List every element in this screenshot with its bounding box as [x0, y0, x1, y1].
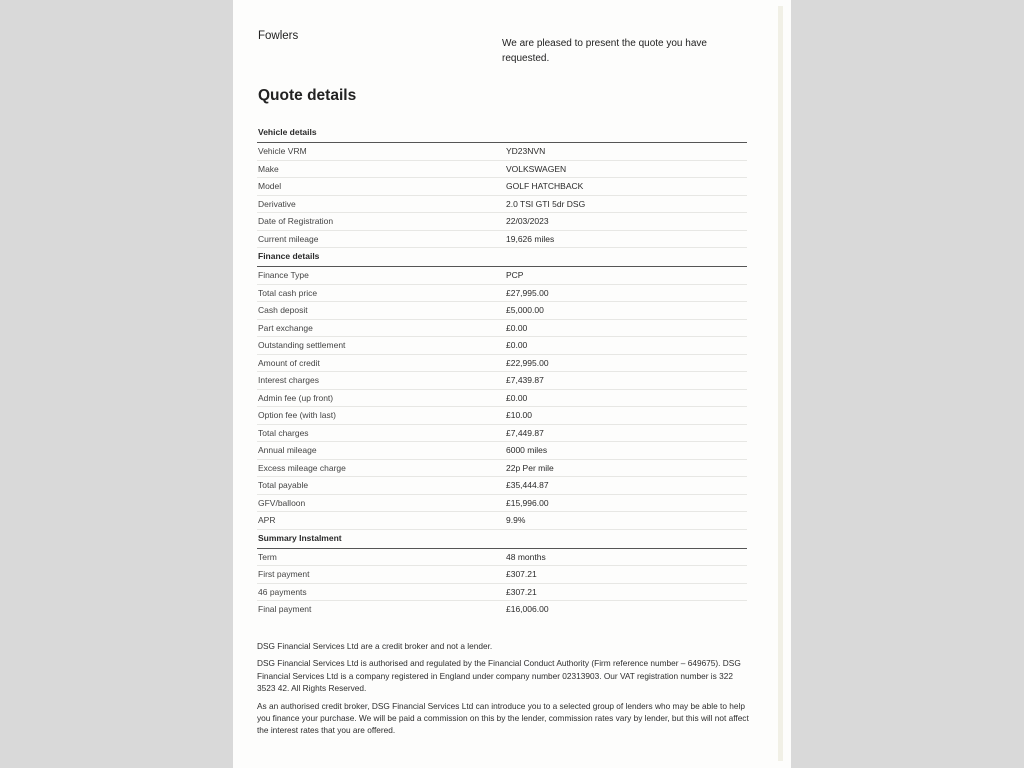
row-value: 22p Per mile	[506, 460, 554, 477]
table-row: Finance TypePCP	[257, 267, 747, 285]
intro-text: We are pleased to present the quote you …	[502, 36, 732, 66]
row-value: £35,444.87	[506, 477, 549, 494]
table-row: Date of Registration22/03/2023	[257, 213, 747, 231]
row-value: £16,006.00	[506, 601, 549, 619]
table-row: First payment£307.21	[257, 566, 747, 584]
section-heading: Finance details	[257, 248, 747, 267]
row-label: Amount of credit	[257, 355, 506, 372]
table-row: Annual mileage6000 miles	[257, 442, 747, 460]
row-value: £307.21	[506, 566, 537, 583]
table-row: Term48 months	[257, 549, 747, 567]
table-row: Total payable£35,444.87	[257, 477, 747, 495]
row-value: £0.00	[506, 337, 527, 354]
table-row: APR9.9%	[257, 512, 747, 530]
vehicle-rows: Vehicle VRMYD23NVNMakeVOLKSWAGENModelGOL…	[257, 143, 747, 248]
row-value: £0.00	[506, 390, 527, 407]
row-value: 22/03/2023	[506, 213, 549, 230]
row-value: VOLKSWAGEN	[506, 161, 566, 178]
row-label: First payment	[257, 566, 506, 583]
footer-paragraph: As an authorised credit broker, DSG Fina…	[257, 700, 749, 737]
row-value: 9.9%	[506, 512, 525, 529]
row-value: £307.21	[506, 584, 537, 601]
summary-instalment-section: Summary Instalment Term48 monthsFirst pa…	[257, 530, 747, 619]
row-value: £0.00	[506, 320, 527, 337]
table-row: Admin fee (up front)£0.00	[257, 390, 747, 408]
row-label: Outstanding settlement	[257, 337, 506, 354]
row-label: Excess mileage charge	[257, 460, 506, 477]
row-label: Interest charges	[257, 372, 506, 389]
table-row: ModelGOLF HATCHBACK	[257, 178, 747, 196]
table-row: Cash deposit£5,000.00	[257, 302, 747, 320]
table-row: Part exchange£0.00	[257, 320, 747, 338]
footer-paragraph: DSG Financial Services Ltd is authorised…	[257, 657, 749, 694]
row-label: Vehicle VRM	[257, 143, 506, 160]
row-label: Derivative	[257, 196, 506, 213]
row-value: YD23NVN	[506, 143, 545, 160]
table-row: Final payment£16,006.00	[257, 601, 747, 619]
row-value: 6000 miles	[506, 442, 547, 459]
row-label: Cash deposit	[257, 302, 506, 319]
row-value: GOLF HATCHBACK	[506, 178, 583, 195]
table-row: Current mileage19,626 miles	[257, 231, 747, 249]
row-value: 48 months	[506, 549, 546, 566]
quote-details: Vehicle details Vehicle VRMYD23NVNMakeVO…	[257, 124, 747, 619]
row-label: Admin fee (up front)	[257, 390, 506, 407]
footer-paragraph: DSG Financial Services Ltd are a credit …	[257, 640, 749, 652]
row-value: £7,439.87	[506, 372, 544, 389]
row-value: £5,000.00	[506, 302, 544, 319]
vehicle-details-section: Vehicle details Vehicle VRMYD23NVNMakeVO…	[257, 124, 747, 248]
legal-footer: DSG Financial Services Ltd are a credit …	[257, 640, 749, 742]
row-label: 46 payments	[257, 584, 506, 601]
table-row: Derivative2.0 TSI GTI 5dr DSG	[257, 196, 747, 214]
row-label: APR	[257, 512, 506, 529]
row-label: Model	[257, 178, 506, 195]
dealer-name: Fowlers	[258, 30, 298, 42]
row-label: Final payment	[257, 601, 506, 619]
table-row: Outstanding settlement£0.00	[257, 337, 747, 355]
row-value: £15,996.00	[506, 495, 549, 512]
section-heading: Summary Instalment	[257, 530, 747, 549]
table-row: Excess mileage charge22p Per mile	[257, 460, 747, 478]
table-row: Option fee (with last)£10.00	[257, 407, 747, 425]
row-label: Total charges	[257, 425, 506, 442]
table-row: MakeVOLKSWAGEN	[257, 161, 747, 179]
row-label: Term	[257, 549, 506, 566]
row-value: £22,995.00	[506, 355, 549, 372]
table-row: Total charges£7,449.87	[257, 425, 747, 443]
row-value: £7,449.87	[506, 425, 544, 442]
row-label: Finance Type	[257, 267, 506, 284]
table-row: Amount of credit£22,995.00	[257, 355, 747, 373]
summary-rows: Term48 monthsFirst payment£307.2146 paym…	[257, 549, 747, 619]
finance-rows: Finance TypePCPTotal cash price£27,995.0…	[257, 267, 747, 530]
row-value: 19,626 miles	[506, 231, 554, 248]
row-label: Annual mileage	[257, 442, 506, 459]
table-row: Total cash price£27,995.00	[257, 285, 747, 303]
table-row: 46 payments£307.21	[257, 584, 747, 602]
row-label: Date of Registration	[257, 213, 506, 230]
table-row: Vehicle VRMYD23NVN	[257, 143, 747, 161]
row-value: £10.00	[506, 407, 532, 424]
row-label: Part exchange	[257, 320, 506, 337]
page-title: Quote details	[258, 87, 356, 105]
table-row: Interest charges£7,439.87	[257, 372, 747, 390]
section-heading: Vehicle details	[257, 124, 747, 143]
row-value: 2.0 TSI GTI 5dr DSG	[506, 196, 585, 213]
row-label: Current mileage	[257, 231, 506, 248]
scan-edge-strip	[778, 6, 783, 761]
finance-details-section: Finance details Finance TypePCPTotal cas…	[257, 248, 747, 530]
row-label: Total cash price	[257, 285, 506, 302]
row-value: £27,995.00	[506, 285, 549, 302]
row-value: PCP	[506, 267, 523, 284]
row-label: Total payable	[257, 477, 506, 494]
table-row: GFV/balloon£15,996.00	[257, 495, 747, 513]
row-label: GFV/balloon	[257, 495, 506, 512]
row-label: Option fee (with last)	[257, 407, 506, 424]
row-label: Make	[257, 161, 506, 178]
